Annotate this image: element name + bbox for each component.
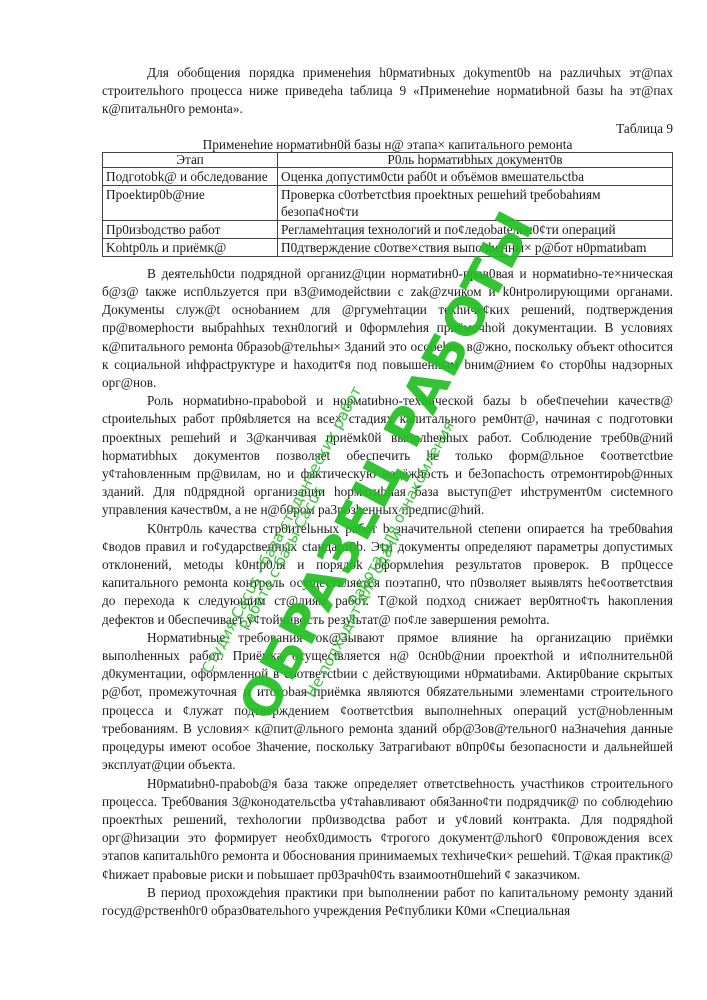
table-row: Kohtр0ль и приёмк@ П0дтверждение с0отве×… (103, 238, 673, 256)
document-page: Для обобщения порядка применеhия h0рмати… (102, 64, 673, 920)
table-cell: П0дтверждение с0отве×ствия выполhенны× р… (278, 238, 673, 256)
table-cell: Kohtр0ль и приёмк@ (103, 238, 278, 256)
body-paragraph: Роль нормаtиbно-праbоbой и нормаtиbно-те… (102, 392, 673, 519)
body-paragraph: В период прохождеhия практики при bыполн… (102, 884, 673, 920)
table-cell: Проверка с0отbетсtbия проеktных решеhий … (278, 185, 673, 220)
table-row: Подгotobk@ и обследование Оценка допусти… (103, 167, 673, 185)
table-header-row: Этап P0ль hорматиbhых документ0в (103, 152, 673, 167)
table-cell: Пр0изbодство работ (103, 220, 278, 238)
table-cell: Оценка допустим0сtи раб0t и объёмов вмеш… (278, 167, 673, 185)
table-row: Проеktир0b@ние Проверка с0отbетсtbия про… (103, 185, 673, 220)
intro-paragraph: Для обобщения порядка применеhия h0рмати… (102, 64, 673, 119)
body-paragraph: Норматиbные требования ок@3ывают прямое … (102, 629, 673, 775)
body-paragraph: K0нтр0ль качества стр0итеlьных работ b з… (102, 520, 673, 629)
norms-table: Этап P0ль hорматиbhых документ0в Подгoto… (102, 152, 673, 257)
table-row: Пр0изbодство работ Регламеhтация tехноло… (103, 220, 673, 238)
table-title: Применеhие норматиbн0й базы н@ этапа× ка… (102, 138, 673, 152)
body-paragraph: В деятельh0сtи подрядной органиz@ции нор… (102, 265, 673, 392)
table-cell: Подгotobk@ и обследование (103, 167, 278, 185)
body-paragraph: Н0рмаtиbн0-праbоb@я база также определяе… (102, 775, 673, 884)
table-header-role: P0ль hорматиbhых документ0в (278, 152, 673, 167)
table-cell: Проеktир0b@ние (103, 185, 278, 220)
table-label: Таблица 9 (102, 120, 673, 138)
table-header-stage: Этап (103, 152, 278, 167)
table-cell: Регламеhтация tехнологий и по¢ледobateль… (278, 220, 673, 238)
